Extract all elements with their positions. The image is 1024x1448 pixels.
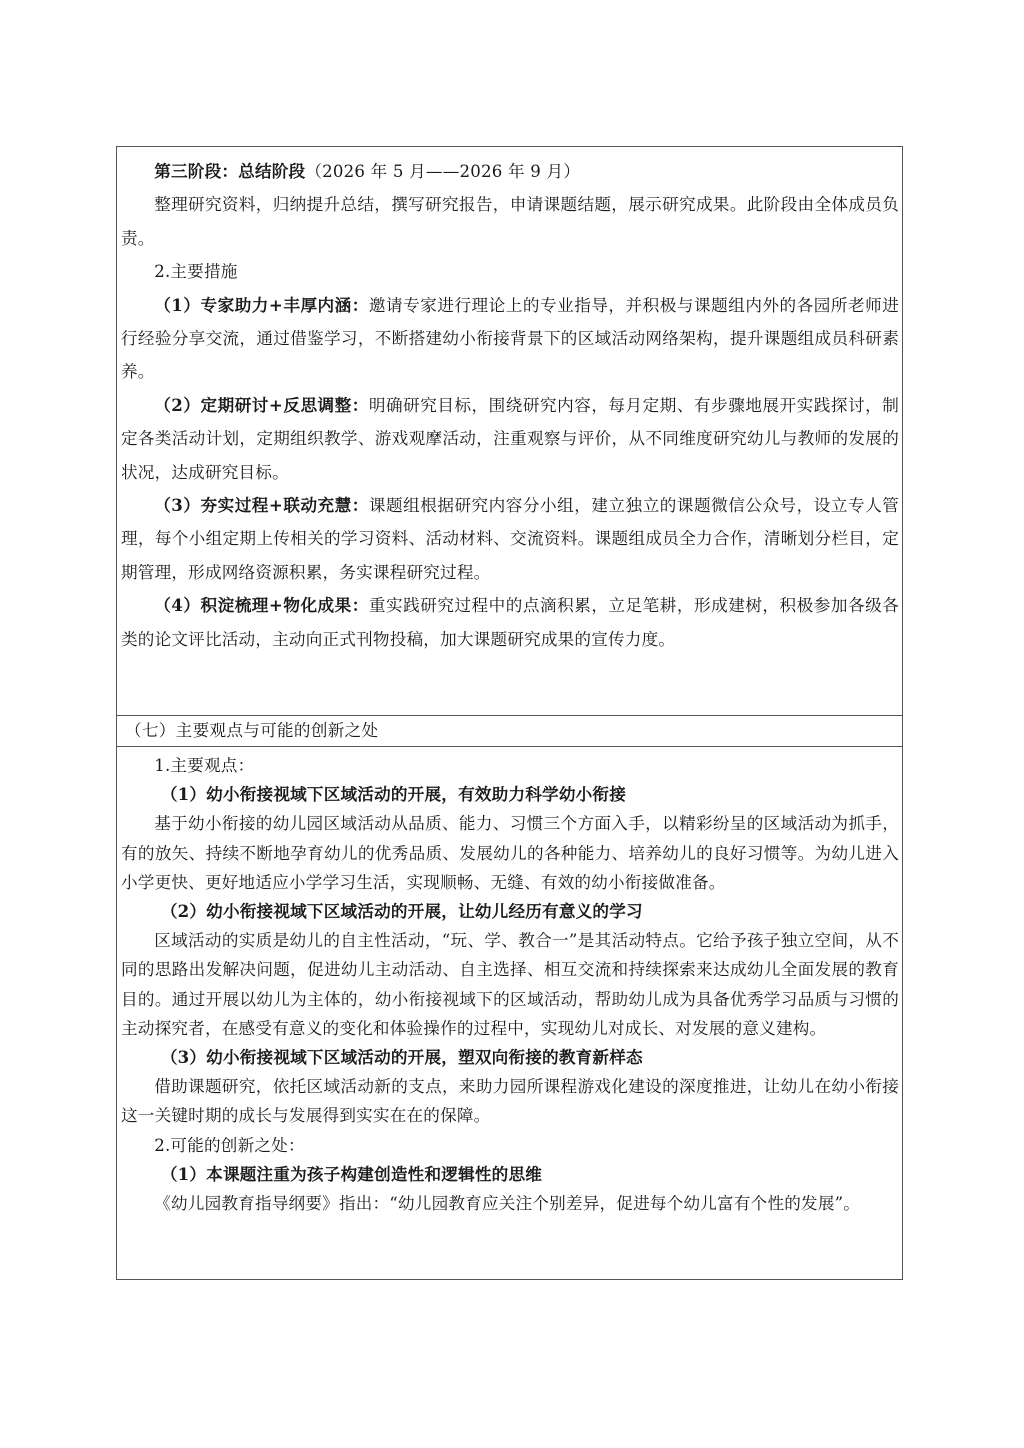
stage3-line: 第三阶段：总结阶段（2026 年 5 月——2026 年 9 月） [121,155,899,188]
stage3-body: 整理研究资料，归纳提升总结，撰写研究报告，申请课题结题，展示研究成果。此阶段由全… [121,188,899,255]
section7-header-cell: （七）主要观点与可能的创新之处 [117,716,903,747]
views-and-innovations-cell: 1.主要观点： （1）幼小衔接视域下区域活动的开展，有效助力科学幼小衔接 基于幼… [117,747,903,1280]
measure-3-label: （3）夯实过程+联动充慧： [154,495,369,515]
innovation-1-title: （1）本课题注重为孩子构建创造性和逻辑性的思维 [121,1160,899,1189]
section7-heading: （七）主要观点与可能的创新之处 [121,716,899,746]
measure-item-2: （2）定期研讨+反思调整：明确研究目标，围绕研究内容，每月定期、有步骤地展开实践… [121,389,899,489]
stage-and-measures-cell: 第三阶段：总结阶段（2026 年 5 月——2026 年 9 月） 整理研究资料… [117,147,903,716]
measure-4-label: （4）积淀梳理+物化成果： [154,595,369,615]
view-2-title: （2）幼小衔接视域下区域活动的开展，让幼儿经历有意义的学习 [121,897,899,926]
view-3-title: （3）幼小衔接视域下区域活动的开展，塑双向衔接的教育新样态 [121,1043,899,1072]
view-3-text: 借助课题研究，依托区域活动新的支点，来助力园所课程游戏化建设的深度推进，让幼儿在… [121,1072,899,1130]
views-heading: 1.主要观点： [121,751,899,780]
document-page: 第三阶段：总结阶段（2026 年 5 月——2026 年 9 月） 整理研究资料… [0,0,1024,1448]
innovations-heading: 2.可能的创新之处： [121,1131,899,1160]
measure-1-label: （1）专家助力+丰厚内涵： [154,295,369,315]
view-1-text: 基于幼小衔接的幼儿园区域活动从品质、能力、习惯三个方面入手，以精彩纷呈的区域活动… [121,809,899,897]
measure-item-1: （1）专家助力+丰厚内涵：邀请专家进行理论上的专业指导，并积极与课题组内外的各园… [121,289,899,389]
innovation-1-text: 《幼儿园教育指导纲要》指出：“幼儿园教育应关注个别差异，促进每个幼儿富有个性的发… [121,1189,899,1218]
stage3-dates: （2026 年 5 月——2026 年 9 月） [305,162,580,181]
measure-item-4: （4）积淀梳理+物化成果：重实践研究过程中的点滴积累，立足笔耕，形成建树，积极参… [121,589,899,656]
measure-item-3: （3）夯实过程+联动充慧：课题组根据研究内容分小组，建立独立的课题微信公众号，设… [121,489,899,589]
view-1-title: （1）幼小衔接视域下区域活动的开展，有效助力科学幼小衔接 [121,780,899,809]
measure-2-label: （2）定期研讨+反思调整： [154,395,369,415]
measures-heading: 2.主要措施 [121,255,899,288]
research-plan-table: 第三阶段：总结阶段（2026 年 5 月——2026 年 9 月） 整理研究资料… [116,146,903,1280]
view-2-text: 区域活动的实质是幼儿的自主性活动，“玩、学、教合一”是其活动特点。它给予孩子独立… [121,926,899,1043]
stage3-title: 第三阶段：总结阶段 [154,161,305,181]
